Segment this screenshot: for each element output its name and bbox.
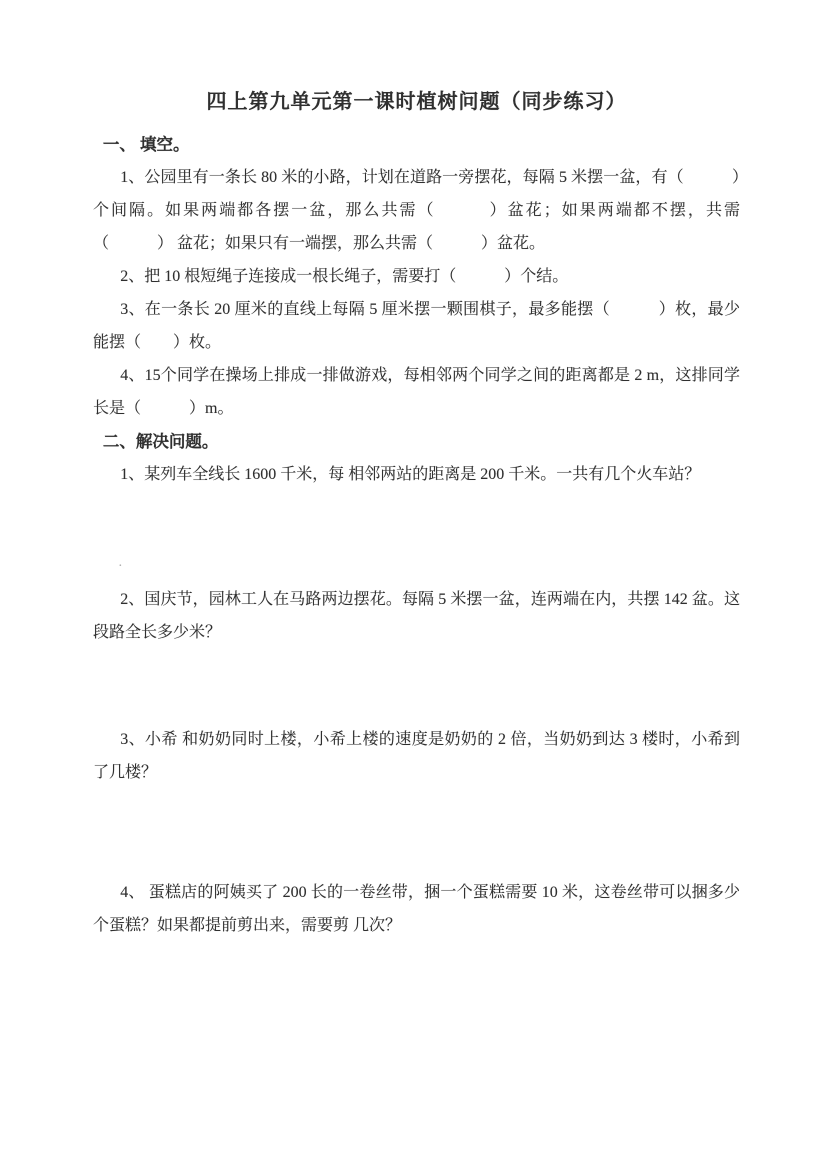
scan-dot-artifact: · xyxy=(118,560,123,574)
solve-question-3: 3、小希 和奶奶同时上楼，小希上楼的速度是奶奶的 2 倍，当奶奶到达 3 楼时，… xyxy=(93,723,740,789)
worksheet-title: 四上第九单元第一课时植树问题（同步练习） xyxy=(93,86,740,118)
fill-question-4: 4、15个同学在操场上排成一排做游戏，每相邻两个同学之间的距离都是 2 m，这排… xyxy=(93,359,740,425)
solve-question-2: 2、国庆节，园林工人在马路两边摆花。每隔 5 米摆一盆，连两端在内，共摆 142… xyxy=(93,583,740,649)
worksheet-page: 四上第九单元第一课时植树问题（同步练习） 一、 填空。 1、公园里有一条长 80… xyxy=(0,0,827,1169)
solve-question-4: 4、 蛋糕店的阿姨买了 200 长的一卷丝带，捆一个蛋糕需要 10 米，这卷丝带… xyxy=(93,876,740,942)
scan-dot-artifact: ． xyxy=(116,396,130,410)
fill-question-3: 3、在一条长 20 厘米的直线上每隔 5 厘米摆一颗围棋子，最多能摆（ ）枚，最… xyxy=(93,293,740,359)
fill-question-2: 2、把 10 根短绳子连接成一根长绳子，需要打（ ）个结。 xyxy=(93,260,740,293)
section-solve-heading: 二、解决问题。 xyxy=(93,425,740,458)
solve-question-1: 1、某列车全线长 1600 千米，每 相邻两站的距离是 200 千米。一共有几个… xyxy=(93,458,740,491)
section-fill-heading: 一、 填空。 xyxy=(93,128,740,161)
fill-question-1: 1、公园里有一条长 80 米的小路，计划在道路一旁摆花，每隔 5 米摆一盆，有（… xyxy=(93,161,740,260)
